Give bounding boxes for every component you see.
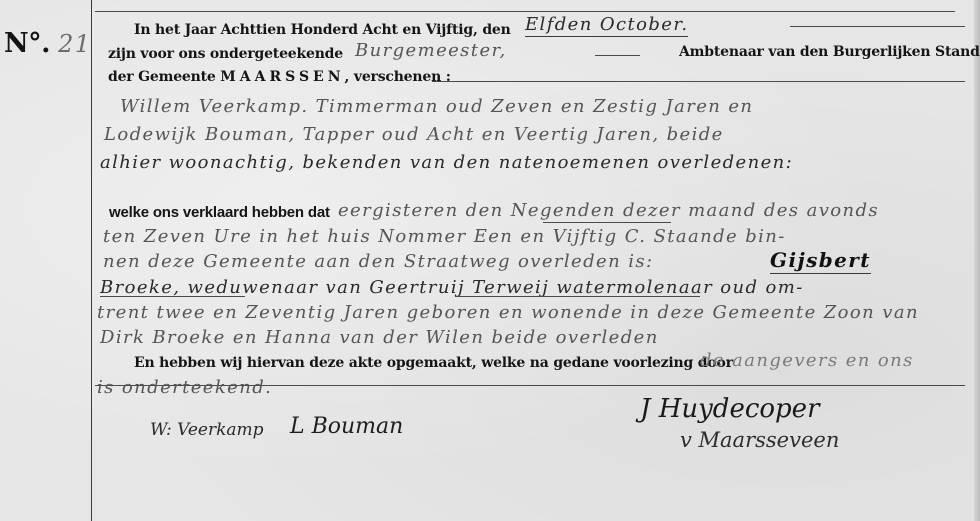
civil-record-page: N°.21 In het Jaar Achttien Honderd Acht … xyxy=(0,0,980,521)
witness-line-1: Willem Veerkamp. Timmerman oud Zeven en … xyxy=(120,96,753,117)
signature-official-place: v Maarsseveen xyxy=(680,428,839,452)
surname-underline xyxy=(100,296,245,297)
municipality-name: MAARSSEN xyxy=(220,69,344,85)
closing-continuation: de aangevers en ons xyxy=(700,350,914,371)
statement-line-1: eergisteren den Negenden dezer maand des… xyxy=(338,200,879,221)
printed-closing-line: En hebben wij hiervan deze akte opgemaak… xyxy=(134,355,733,371)
spouse-underline xyxy=(455,296,700,297)
signature-witness-1: W: Veerkamp xyxy=(150,420,264,440)
statement-line-3: nen deze Gemeente aan den Straatweg over… xyxy=(103,251,653,272)
record-number: N°.21 xyxy=(4,28,91,59)
closing-line-2: is onderteekend. xyxy=(97,377,272,398)
record-number-label: N°. xyxy=(4,28,50,59)
printed-registrar-title: Ambtenaar van den Burgerlijken Stand xyxy=(679,44,980,60)
statement-line-4: Broeke, weduwenaar van Geertruij Terweij… xyxy=(100,277,804,298)
top-rule xyxy=(95,11,955,12)
appeared-fill-rule xyxy=(432,81,965,82)
date-text: Elfden October. xyxy=(525,14,688,37)
signature-official-name: J Huydecoper xyxy=(640,394,820,424)
signature-witness-2: L Bouman xyxy=(290,414,403,439)
deceased-given-name: Gijsbert xyxy=(770,248,871,272)
date-underline xyxy=(543,222,671,223)
deceased-given-name-text: Gijsbert xyxy=(770,248,871,274)
witness-line-3: alhier woonachtig, bekenden van den nate… xyxy=(100,152,793,173)
title-fill-rule xyxy=(595,55,640,56)
date-fill-rule xyxy=(790,26,965,27)
page-edge xyxy=(974,0,980,521)
printed-municipality-line: der Gemeente MAARSSEN, verschenen : xyxy=(108,69,451,85)
handwritten-official-title: Burgemeester, xyxy=(355,40,507,61)
witness-line-2: Lodewijk Bouman, Tapper oud Acht en Veer… xyxy=(104,124,724,145)
handwritten-date: Elfden October. xyxy=(525,14,688,35)
statement-line-5: trent twee en Zeventig Jaren geboren en … xyxy=(97,302,919,323)
printed-declared-line: welke ons verklaard hebben dat xyxy=(109,204,330,221)
printed-undersigned-line: zijn voor ons ondergeteekende xyxy=(108,46,343,62)
record-number-value: 21 xyxy=(58,30,91,58)
margin-rule xyxy=(91,0,92,521)
statement-line-6: Dirk Broeke en Hanna van der Wilen beide… xyxy=(100,327,659,348)
municipality-suffix: , verschenen : xyxy=(345,69,451,85)
statement-line-2: ten Zeven Ure in het huis Nommer Een en … xyxy=(103,226,786,247)
printed-year-line: In het Jaar Achttien Honderd Acht en Vij… xyxy=(134,22,511,38)
municipality-prefix: der Gemeente xyxy=(108,69,216,85)
